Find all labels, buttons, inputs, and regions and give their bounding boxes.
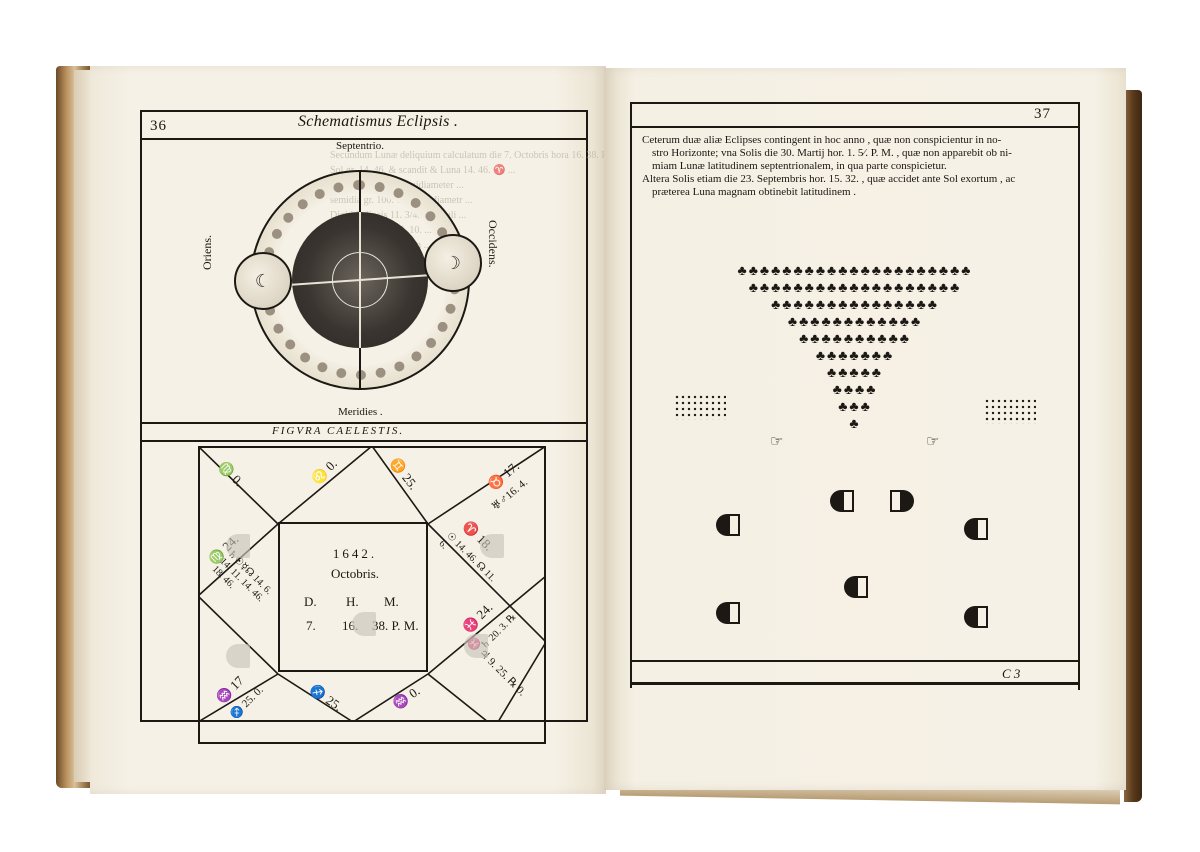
figure-caption: FIGVRA CAELESTIS. [272, 425, 404, 437]
time-day: 7. [306, 618, 316, 634]
col-header-day: D. [304, 594, 317, 610]
moon-phase-icon [716, 602, 742, 624]
stars-cluster-right-icon [984, 398, 1036, 424]
top-rule [630, 102, 1080, 104]
fleuron-row: ♣♣♣♣♣♣♣ [630, 349, 1080, 365]
fleuron-row: ♣♣♣♣♣♣♣♣♣♣♣♣ [630, 315, 1080, 331]
caption-bottom-rule [140, 440, 588, 442]
col-header-hour: H. [346, 594, 359, 610]
west-label: Occidens. [485, 220, 500, 268]
text-line: miam Lunæ latitudinem septentrionalem, i… [642, 160, 1062, 173]
page-number-right: 37 [1034, 106, 1051, 123]
leather-cover-right [1124, 90, 1142, 802]
fleuron-row: ♣♣♣♣♣♣♣♣♣♣♣♣♣♣♣ [630, 298, 1080, 314]
running-title: Schematismus Eclipsis . [298, 113, 458, 131]
text-line: Altera Solis etiam die 23. Septembris ho… [642, 173, 1062, 186]
col-header-minute: M. [384, 594, 399, 610]
bottom-rule-upper [632, 660, 1078, 662]
moon-phase-icon [964, 606, 990, 628]
moon-phase-icon [964, 518, 990, 540]
moon-phase-icon [716, 514, 742, 536]
text-line: præterea Luna magnam obtinebit latitudin… [642, 186, 1062, 199]
moon-phase-reversed-icon [888, 490, 914, 512]
right-page: 37 Ceterum duæ aliæ Eclipses contingent … [604, 68, 1126, 790]
header-rule [630, 126, 1080, 128]
left-border [140, 110, 142, 722]
bottom-rule [140, 720, 588, 722]
time-minute: 38. P. M. [372, 618, 419, 634]
horoscope-center-box: 1642. Octobris. D. H. M. 7. 16. 38. P. M… [278, 522, 428, 672]
fleuron-row: ♣♣♣♣♣♣♣♣♣♣ [630, 332, 1080, 348]
horoscope-chart: 1642. Octobris. D. H. M. 7. 16. 38. P. M… [198, 446, 546, 744]
fleuron-row: ♣♣♣♣♣ [630, 366, 1080, 382]
right-border [586, 110, 588, 722]
eclipse-diagram: ☾ ☽ [240, 160, 480, 400]
fleuron-row: ♣♣♣♣♣♣♣♣♣♣♣♣♣♣♣♣♣♣♣ [630, 281, 1080, 297]
stars-cluster-left-icon [674, 394, 726, 420]
pointing-hand-right-icon: ☞ [926, 432, 939, 451]
bleed-moon-icon [464, 634, 488, 658]
open-book: 36 Schematismus Eclipsis . Secundum Lunæ… [0, 0, 1200, 852]
bleed-moon-icon [226, 534, 250, 558]
text-line: Ceterum duæ aliæ Eclipses contingent in … [642, 134, 1062, 147]
moon-face-east-icon: ☾ [234, 252, 292, 310]
signature-mark: C 3 [1002, 666, 1020, 682]
north-label: Septentrio. [336, 140, 384, 152]
meridian-top [359, 170, 361, 212]
caption-top-rule [140, 422, 588, 424]
east-label: Oriens. [200, 235, 215, 270]
left-page-frame: 36 Schematismus Eclipsis . Secundum Lunæ… [140, 100, 588, 722]
top-rule [140, 110, 588, 112]
fleuron-row: ♣♣♣♣♣♣♣♣♣♣♣♣♣♣♣♣♣♣♣♣♣ [630, 264, 1080, 280]
body-text: Ceterum duæ aliæ Eclipses contingent in … [642, 134, 1062, 199]
horoscope-year: 1642. [280, 546, 430, 562]
moon-phase-icon [844, 576, 870, 598]
horoscope-month: Octobris. [280, 566, 430, 582]
pointing-hand-left-icon: ☞ [770, 432, 783, 451]
bottom-rule-lower [632, 682, 1078, 685]
bleed-moon-icon [226, 644, 250, 668]
south-label: Meridies . [338, 406, 383, 418]
meridian-bottom [359, 348, 361, 390]
page-number-left: 36 [150, 118, 167, 135]
moon-phase-icon [830, 490, 856, 512]
bleed-moon-icon [480, 534, 504, 558]
bleed-moon-icon [352, 612, 376, 636]
left-page: 36 Schematismus Eclipsis . Secundum Lunæ… [90, 66, 606, 794]
right-page-frame: 37 Ceterum duæ aliæ Eclipses contingent … [630, 98, 1080, 716]
text-line: stro Horizonte; vna Solis die 30. Martij… [642, 147, 1062, 160]
moon-face-west-icon: ☽ [424, 234, 482, 292]
